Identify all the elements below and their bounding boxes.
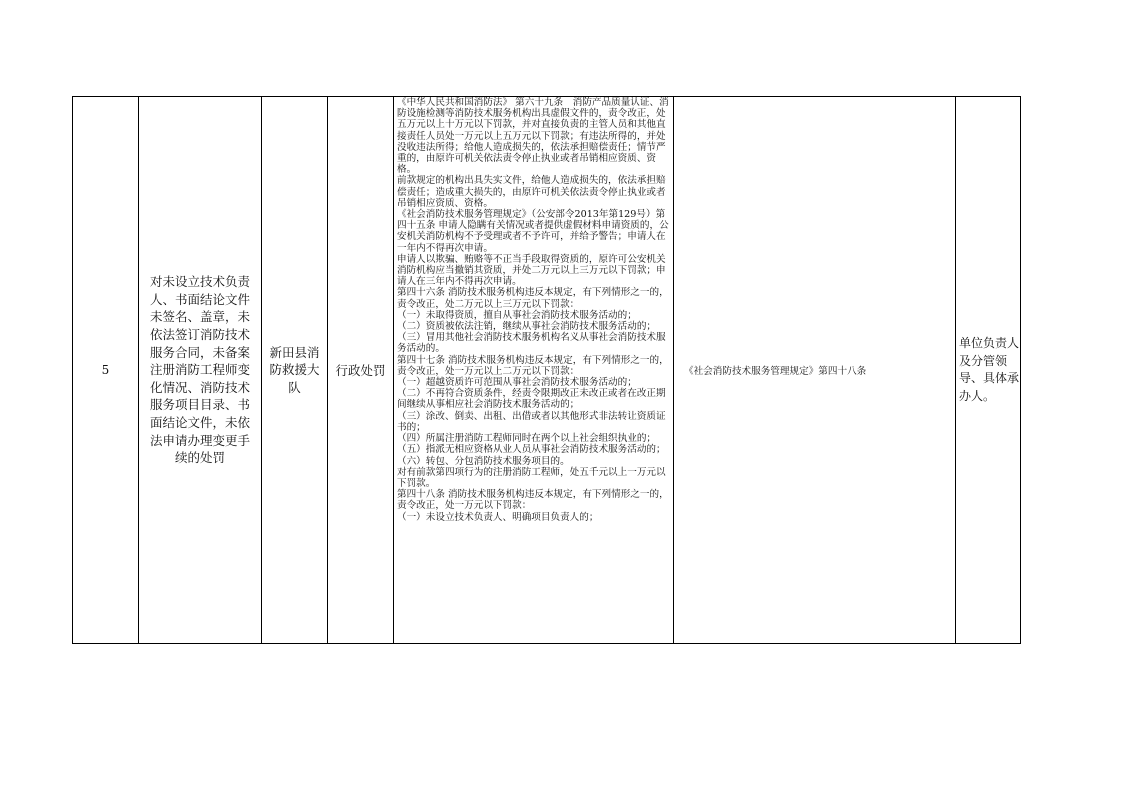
legal-basis-paragraph: 第四十七条 消防技术服务机构违反本规定，有下列情形之一的，责令改正，处一万元以上… <box>397 355 670 377</box>
implementing-unit: 新田县消防救援大队 <box>266 344 323 397</box>
legal-basis-paragraph: （六）转包、分包消防技术服务项目的。 <box>397 456 670 467</box>
legal-basis-paragraph: （四）所属注册消防工程师同时在两个以上社会组织执业的； <box>397 433 670 444</box>
legal-basis-paragraph: （一）超越资质许可范围从事社会消防技术服务活动的； <box>397 377 670 388</box>
power-list-table: 5 对未设立技术负责人、书面结论文件未签名、盖章，未依法签订消防技术服务合同，未… <box>72 96 1021 644</box>
legal-basis-paragraph: 第四十六条 消防技术服务机构违反本规定，有下列情形之一的，责令改正，处二万元以上… <box>397 287 670 309</box>
row-number-cell: 5 <box>73 97 139 643</box>
legal-basis-paragraph: （三）冒用其他社会消防技术服务机构名义从事社会消防技术服务活动的。 <box>397 332 670 354</box>
legal-basis-paragraph: 第四十八条 消防技术服务机构违反本规定，有下列情形之一的，责令改正，处一万元以下… <box>397 489 670 511</box>
item-name-cell: 对未设立技术负责人、书面结论文件未签名、盖章，未依法签订消防技术服务合同，未备案… <box>139 97 262 643</box>
item-name: 对未设立技术负责人、书面结论文件未签名、盖章，未依法签订消防技术服务合同，未备案… <box>145 273 255 467</box>
legal-basis-paragraph: （二）不再符合资质条件，经责令限期改正未改正或者在改正期间继续从事相应社会消防技… <box>397 388 670 410</box>
responsible-party-cell: 单位负责人及分管领导、具体承办人。 <box>956 97 1022 643</box>
implementing-unit-cell: 新田县消防救援大队 <box>262 97 328 643</box>
legal-basis-paragraph: （一）未设立技术负责人、明确项目负责人的； <box>397 512 670 523</box>
legal-basis-paragraph: 对有前款第四项行为的注册消防工程师，处五千元以上一万元以下罚款。 <box>397 467 670 489</box>
legal-basis-paragraph: 《中华人民共和国消防法》 第六十九条 消防产品质量认证、消防设施检测等消防技术服… <box>397 97 670 175</box>
specific-reference: 《社会消防技术服务管理规定》第四十八条 <box>684 363 866 377</box>
legal-basis-paragraph: 《社会消防技术服务管理规定》（公安部令2013年第129号）第四十五条 申请人隐… <box>397 209 670 254</box>
responsible-party: 单位负责人及分管领导、具体承办人。 <box>959 335 1020 405</box>
legal-basis-cell: 《中华人民共和国消防法》 第六十九条 消防产品质量认证、消防设施检测等消防技术服… <box>394 97 674 643</box>
row-number: 5 <box>102 363 110 377</box>
legal-basis-paragraph: （五）指派无相应资格从业人员从事社会消防技术服务活动的； <box>397 444 670 455</box>
legal-basis-paragraph: 前款规定的机构出具失实文件，给他人造成损失的，依法承担赔偿责任；造成重大损失的，… <box>397 175 670 209</box>
specific-reference-cell: 《社会消防技术服务管理规定》第四十八条 <box>674 97 956 643</box>
legal-basis-paragraph: （一）未取得资质，擅自从事社会消防技术服务活动的； <box>397 310 670 321</box>
legal-basis-paragraph: （三）涂改、倒卖、出租、出借或者以其他形式非法转让资质证书的； <box>397 411 670 433</box>
legal-basis-paragraph: 申请人以欺骗、贿赂等不正当手段取得资质的，原许可公安机关消防机构应当撤销其资质，… <box>397 254 670 288</box>
legal-basis-paragraph: （二）资质被依法注销，继续从事社会消防技术服务活动的； <box>397 321 670 332</box>
power-type-cell: 行政处罚 <box>328 97 394 643</box>
power-type: 行政处罚 <box>335 361 385 379</box>
